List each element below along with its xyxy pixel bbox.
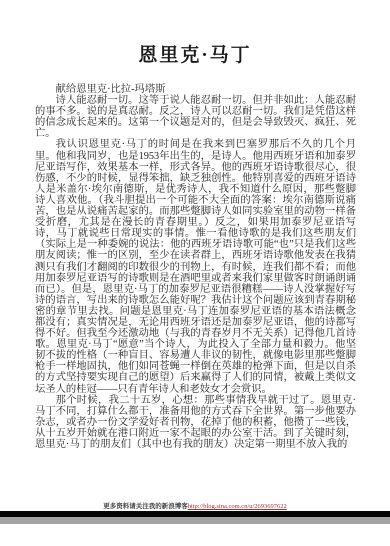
footer-blog-link[interactable]: http://blog.sina.com.cn/u/2693697622 [188, 503, 287, 510]
footer-note-text: 更多资料请关注我的新浪博客 [103, 503, 188, 510]
story-body: 献给恩里克·比拉-玛塔斯 诗人能忍耐一切。这等于说人能忍耐一切。但并非如此：人能… [35, 84, 356, 450]
page-title: 恩里克·马丁 [0, 40, 390, 67]
document-page: 恩里克·马丁 献给恩里克·比拉-玛塔斯 诗人能忍耐一切。这等于说人能忍耐一切。但… [0, 0, 390, 546]
story-paragraph: 那个时候，我二十五岁，心想：那些事情我早就干过了。恩里克·马丁不同，打算什么都干… [35, 395, 356, 450]
epigraph-paragraph: 诗人能忍耐一切。这等于说人能忍耐一切。但并非如此：人能忍耐的事不多。说的是真忍耐… [35, 95, 356, 139]
footer-watermark: 更多资料请关注我的新浪博客http://blog.sina.com.cn/u/2… [0, 502, 390, 511]
footer-divider-gray [0, 517, 390, 524]
dedication-line: 献给恩里克·比拉-玛塔斯 [35, 84, 356, 95]
story-paragraph: 我认识恩里克·马丁的时间是在我来到巴塞罗那后不久的几个月里。他和我同岁，也是19… [35, 139, 356, 394]
